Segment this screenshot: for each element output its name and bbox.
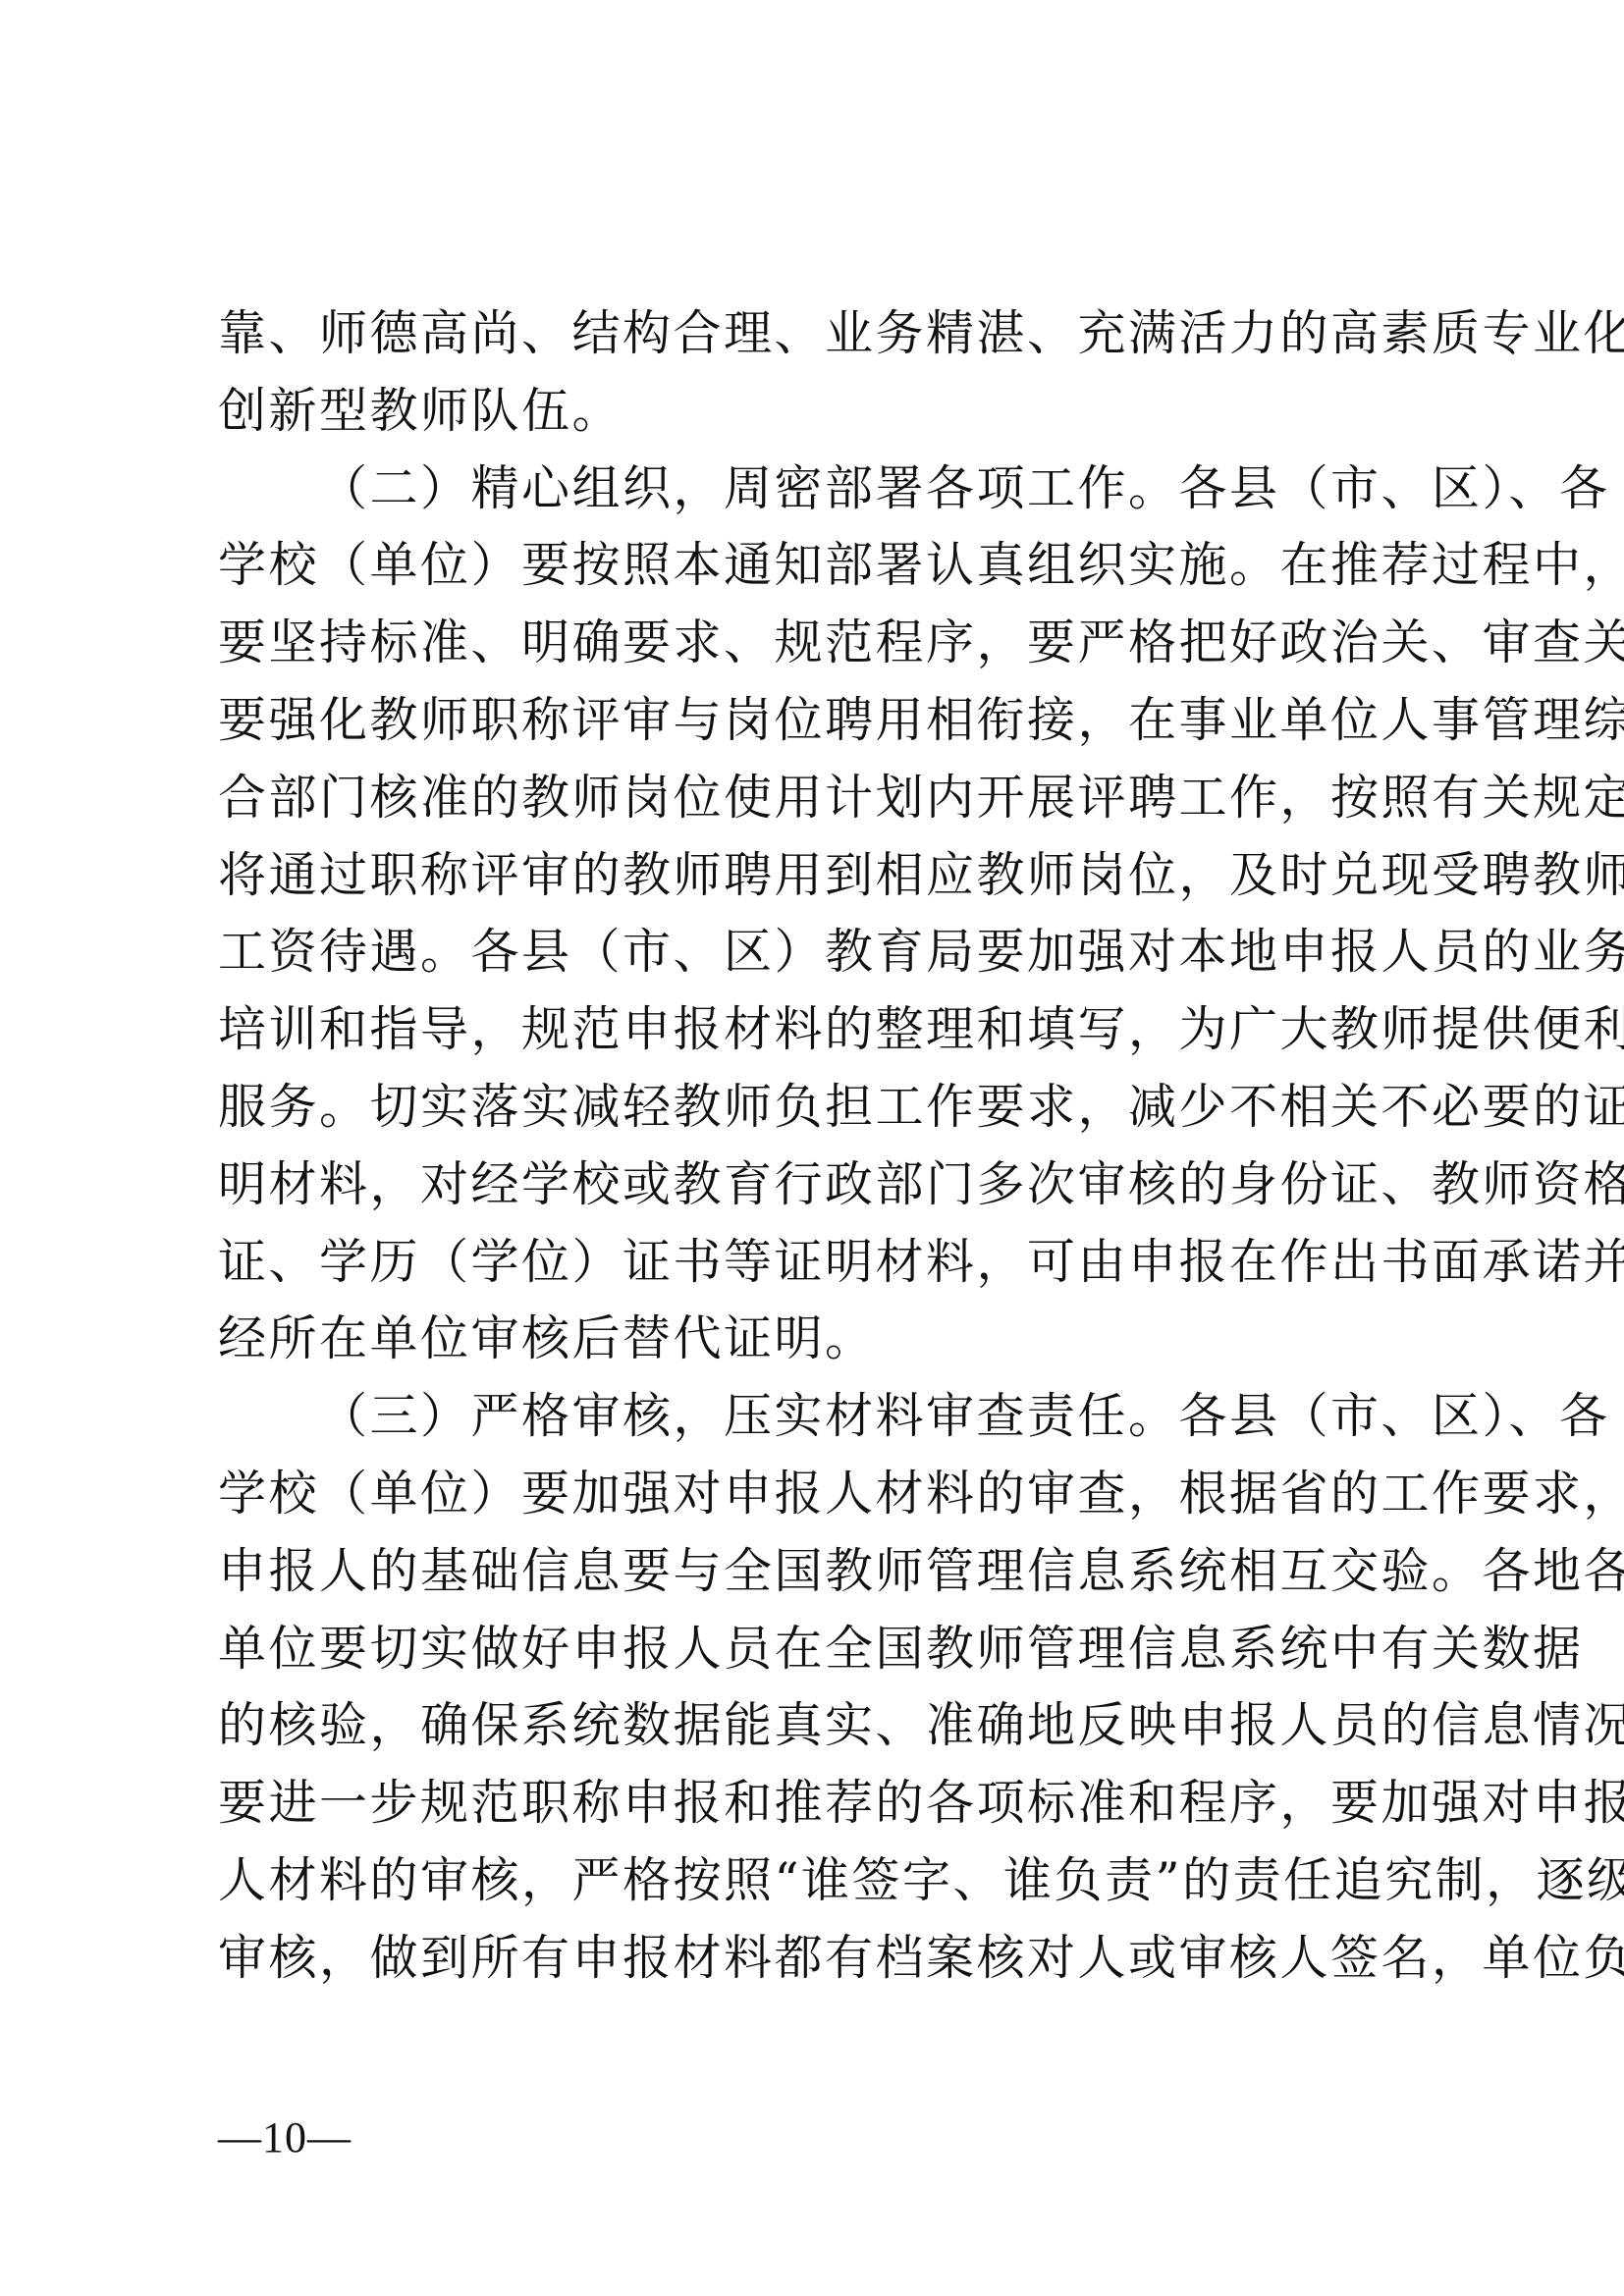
section-heading-line: （三）严格审核，压实材料审查责任。各县（市、区）、各 <box>218 1378 1432 1456</box>
document-page: 靠、师德高尚、结构合理、业务精湛、充满活力的高素质专业化 创新型教师队伍。 （二… <box>0 0 1624 2296</box>
text-line: 证、学历（学位）证书等证明材料，可由申报在作出书面承诺并 <box>218 1224 1432 1302</box>
text-line: 的核验，确保系统数据能真实、准确地反映申报人员的信息情况。 <box>218 1687 1432 1765</box>
text-line: 培训和指导，规范申报材料的整理和填写，为广大教师提供便利 <box>218 991 1432 1069</box>
text-line: 工资待遇。各县（市、区）教育局要加强对本地申报人员的业务 <box>218 914 1432 991</box>
text-line: 学校（单位）要按照本通知部署认真组织实施。在推荐过程中， <box>218 527 1432 605</box>
page-number: —10— <box>218 2112 352 2163</box>
text-line: 靠、师德高尚、结构合理、业务精湛、充满活力的高素质专业化 <box>218 295 1432 373</box>
text-line: 人材料的审核，严格按照“谁签字、谁负责”的责任追究制，逐级 <box>218 1842 1432 1920</box>
text-line: 明材料，对经学校或教育行政部门多次审核的身份证、教师资格 <box>218 1147 1432 1224</box>
text-line: 要强化教师职称评审与岗位聘用相衔接，在事业单位人事管理综 <box>218 682 1432 760</box>
text-line: 服务。切实落实减轻教师负担工作要求，减少不相关不必要的证 <box>218 1069 1432 1147</box>
text-line: 创新型教师队伍。 <box>218 373 1432 451</box>
text-line: 要坚持标准、明确要求、规范程序，要严格把好政治关、审查关。 <box>218 605 1432 682</box>
text-line: 经所在单位审核后替代证明。 <box>218 1301 1432 1378</box>
text-line: 审核，做到所有申报材料都有档案核对人或审核人签名，单位负 <box>218 1920 1432 1998</box>
text-line: 合部门核准的教师岗位使用计划内开展评聘工作，按照有关规定 <box>218 760 1432 837</box>
text-line: 要进一步规范职称申报和推荐的各项标准和程序，要加强对申报 <box>218 1765 1432 1842</box>
text-line: 将通过职称评审的教师聘用到相应教师岗位，及时兑现受聘教师 <box>218 837 1432 915</box>
text-line: 单位要切实做好申报人员在全国教师管理信息系统中有关数据 <box>218 1611 1432 1688</box>
section-heading-line: （二）精心组织，周密部署各项工作。各县（市、区）、各 <box>218 451 1432 528</box>
text-line: 申报人的基础信息要与全国教师管理信息系统相互交验。各地各 <box>218 1533 1432 1611</box>
text-line: 学校（单位）要加强对申报人材料的审查，根据省的工作要求， <box>218 1456 1432 1533</box>
body-text: 靠、师德高尚、结构合理、业务精湛、充满活力的高素质专业化 创新型教师队伍。 （二… <box>218 295 1432 1998</box>
